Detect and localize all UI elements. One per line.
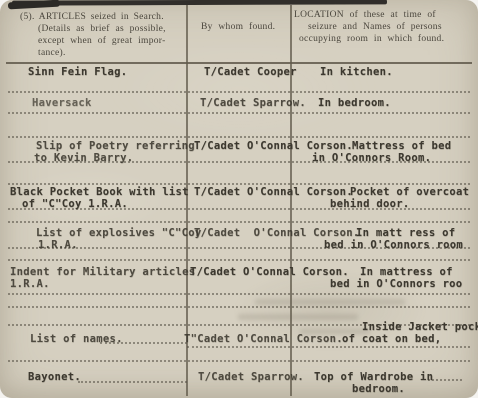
location: Mattress of bed xyxy=(352,140,451,152)
article-name: List of names. xyxy=(30,333,123,345)
article-name: Sinn Fein Flag. xyxy=(28,66,127,78)
ink-bleedthrough xyxy=(255,299,405,305)
article-name-line2: to Kevin Barry. xyxy=(34,152,133,164)
header-col3-line3: occupying room in which found. xyxy=(299,34,444,44)
row-separator xyxy=(8,136,470,138)
location: In mattress of xyxy=(360,266,453,278)
dot-leader xyxy=(78,381,187,383)
location-line2: bedroom. xyxy=(352,383,405,395)
location: In matt ress of xyxy=(356,227,455,239)
header-col2: By whom found. xyxy=(201,22,275,32)
location: In bedroom. xyxy=(318,97,391,109)
header-col1-line1: (5). ARTICLES seized in Search. xyxy=(20,12,164,22)
article-name: Indent for Military articles xyxy=(10,266,195,278)
article-name-line2: 1.R.A. xyxy=(10,278,50,290)
row-separator-partial xyxy=(187,346,470,348)
ink-bleedthrough xyxy=(238,314,358,320)
location-line2: bed in O'Connors roo xyxy=(330,278,462,290)
location-line2: bed in O'Connors room xyxy=(324,239,463,251)
row-separator xyxy=(8,293,470,295)
article-name-line2: 1.R.A. xyxy=(38,239,78,251)
article-name: List of explosives "C"Coy xyxy=(36,227,202,239)
header-col1-line3: except when of great impor- xyxy=(38,36,166,46)
location: In kitchen. xyxy=(320,66,393,78)
row-separator xyxy=(8,112,470,114)
found-by: T/Cadet O'Connal Corson. xyxy=(190,266,349,278)
scanned-document: (5). ARTICLES seized in Search. (Details… xyxy=(0,0,478,398)
location: Pocket of overcoat xyxy=(350,186,469,198)
location: Inside Jacket pock xyxy=(362,321,478,333)
header-col1-line4: tance). xyxy=(38,48,66,58)
article-name: Bayonet. xyxy=(28,371,81,383)
row-separator xyxy=(8,183,470,185)
article-name: Black Pocket Book with list xyxy=(10,186,189,198)
row-separator xyxy=(8,306,470,308)
row-separator xyxy=(8,91,470,93)
location-line2: behind door. xyxy=(330,198,409,210)
article-name: Slip of Poetry referring xyxy=(36,140,195,152)
location: Top of Wardrobe in xyxy=(314,371,433,383)
header-col3-line2: seizure and Names of persons xyxy=(308,22,442,32)
row-separator xyxy=(8,221,470,223)
header-underline xyxy=(6,62,472,64)
header-col1-line2: (Details as brief as possible, xyxy=(38,24,166,34)
found-by: T/Cadet Sparrow. xyxy=(198,371,304,383)
header-col3-line1: LOCATION of these at time of xyxy=(294,10,436,20)
location-line2: in O'Connors Room. xyxy=(312,152,431,164)
found-by: T/Cadet O'Connal Corson. xyxy=(194,140,353,152)
article-name-line2: of "C"Coy 1.R.A. xyxy=(22,198,128,210)
found-by: T/Cadet O'Connal Corson. xyxy=(194,227,360,239)
found-by: T/Cadet O'Connal Corson. xyxy=(194,186,353,198)
article-name: Haversack xyxy=(32,97,92,109)
found-by: T/Cadet Cooper xyxy=(204,66,297,78)
row-separator xyxy=(8,259,470,261)
location-line2: of coat on bed, xyxy=(342,333,441,345)
found-by: T"Cadet O'Connal Corson. xyxy=(184,333,343,345)
found-by: T/Cadet Sparrow. xyxy=(200,97,306,109)
row-separator xyxy=(8,360,470,362)
